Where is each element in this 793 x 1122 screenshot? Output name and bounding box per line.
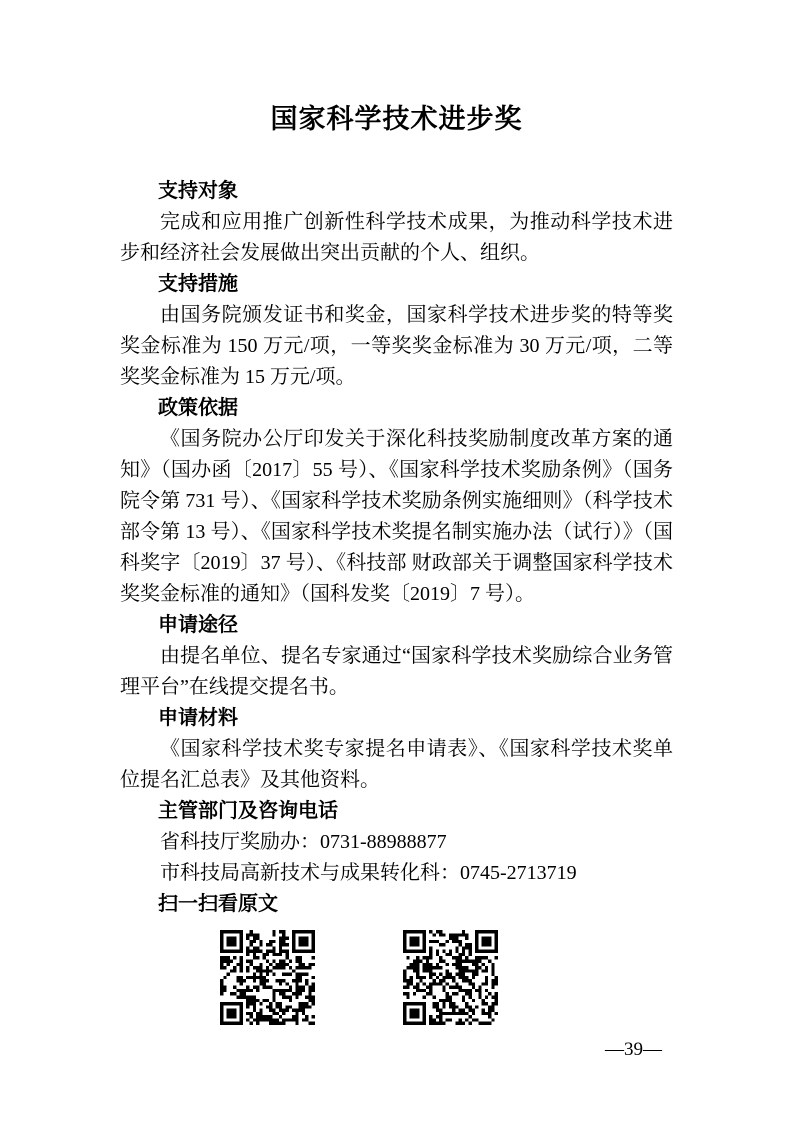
qr-code-row — [120, 930, 673, 1025]
contact-line-municipal: 市科技局高新技术与成果转化科：0745-2713719 — [120, 858, 673, 889]
contact-line-provincial: 省科技厅奖励办：0731-88988877 — [120, 827, 673, 858]
section-heading: 政策依据 — [120, 393, 673, 424]
section-heading: 支持措施 — [120, 269, 673, 300]
section-support-measures: 支持措施 由国务院颁发证书和奖金，国家科学技术进步奖的特等奖奖金标准为 150 … — [120, 269, 673, 393]
qr-code-right — [403, 930, 498, 1025]
paragraph: 由国务院颁发证书和奖金，国家科学技术进步奖的特等奖奖金标准为 150 万元/项，… — [120, 300, 673, 393]
paragraph: 《国家科学技术奖专家提名申请表》、《国家科学技术奖单位提名汇总表》及其他资料。 — [120, 734, 673, 796]
document-content: 国家科学技术进步奖 支持对象 完成和应用推广创新性科学技术成果，为推动科学技术进… — [120, 100, 673, 1025]
section-heading: 主管部门及咨询电话 — [120, 796, 673, 827]
section-policy-basis: 政策依据 《国务院办公厅印发关于深化科技奖励制度改革方案的通知》（国办函〔201… — [120, 393, 673, 610]
paragraph: 由提名单位、提名专家通过“国家科学技术奖励综合业务管理平台”在线提交提名书。 — [120, 641, 673, 703]
section-scan-original: 扫一扫看原文 — [120, 889, 673, 1025]
qr-code-left — [220, 930, 315, 1025]
paragraph: 完成和应用推广创新性科学技术成果，为推动科学技术进步和经济社会发展做出突出贡献的… — [120, 207, 673, 269]
section-support-target: 支持对象 完成和应用推广创新性科学技术成果，为推动科学技术进步和经济社会发展做出… — [120, 176, 673, 269]
section-application-materials: 申请材料 《国家科学技术奖专家提名申请表》、《国家科学技术奖单位提名汇总表》及其… — [120, 703, 673, 796]
page-title: 国家科学技术进步奖 — [120, 100, 673, 138]
page-number: —39— — [605, 1038, 662, 1062]
section-heading: 申请途径 — [120, 610, 673, 641]
paragraph: 《国务院办公厅印发关于深化科技奖励制度改革方案的通知》（国办函〔2017〕55 … — [120, 424, 673, 610]
section-heading: 申请材料 — [120, 703, 673, 734]
section-heading: 支持对象 — [120, 176, 673, 207]
section-application-channel: 申请途径 由提名单位、提名专家通过“国家科学技术奖励综合业务管理平台”在线提交提… — [120, 610, 673, 703]
section-contact: 主管部门及咨询电话 省科技厅奖励办：0731-88988877 市科技局高新技术… — [120, 796, 673, 889]
document-page: 国家科学技术进步奖 支持对象 完成和应用推广创新性科学技术成果，为推动科学技术进… — [0, 0, 793, 1122]
section-heading: 扫一扫看原文 — [120, 889, 673, 920]
